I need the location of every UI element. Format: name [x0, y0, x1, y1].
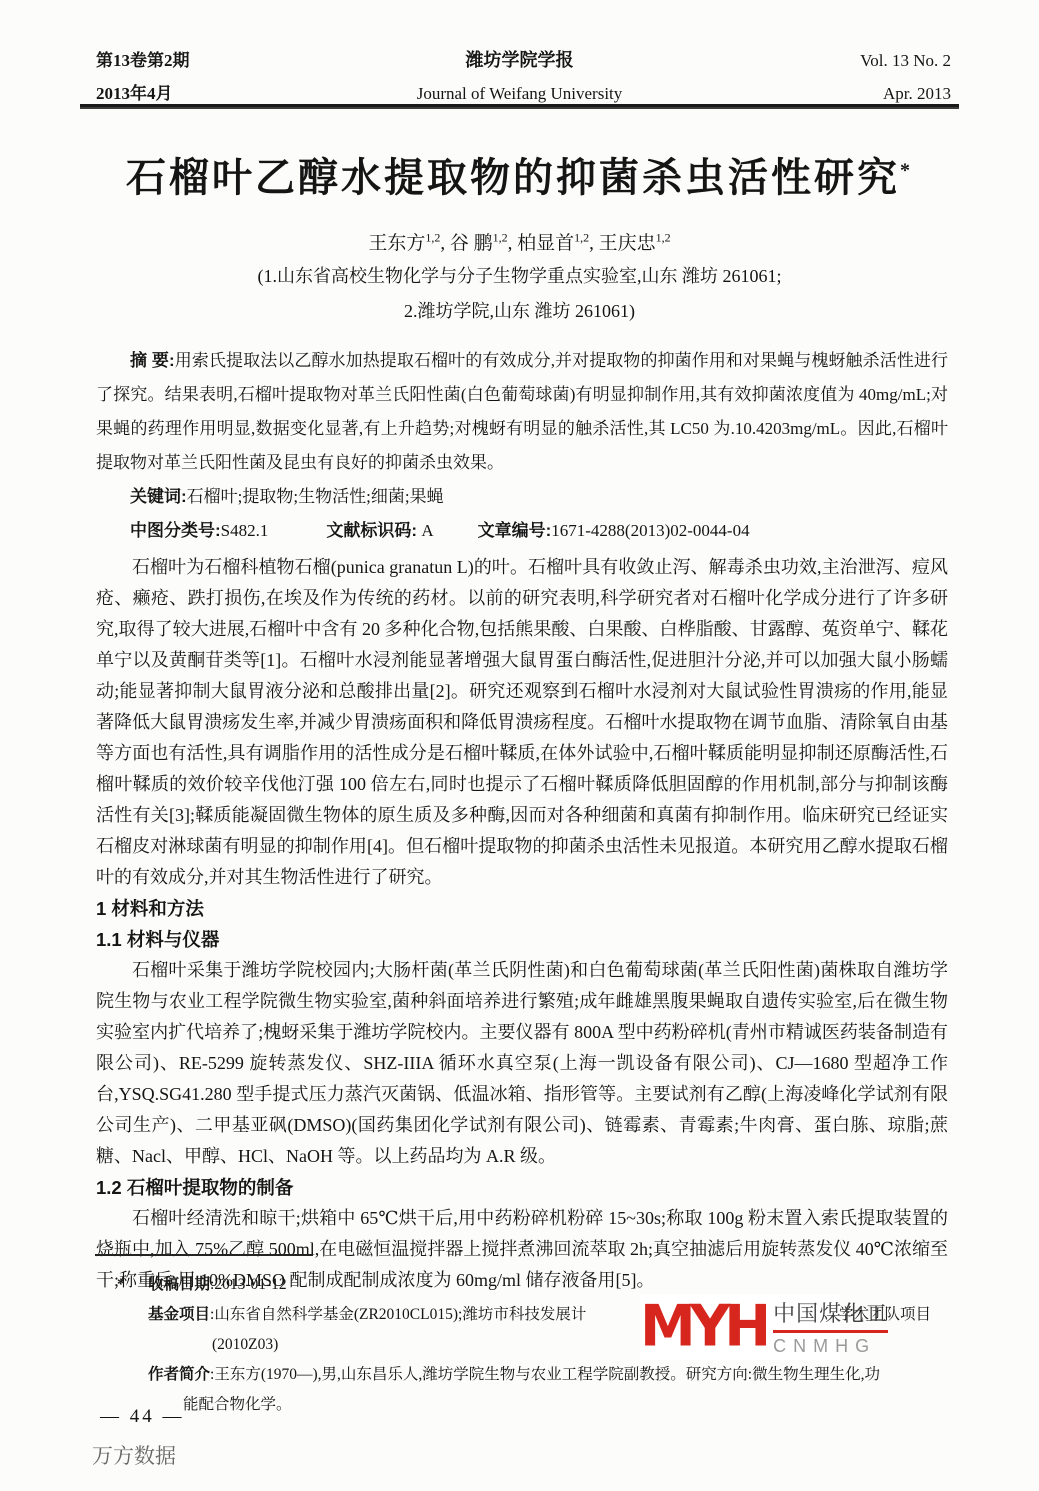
journal-vol-block: Vol. 13 No. 2 Apr. 2013 — [860, 44, 951, 110]
author-sup: 1,2 — [574, 231, 589, 245]
article-body: 石榴叶为石榴科植物石榴(punica granatun L)的叶。石榴叶具有收敛… — [96, 552, 948, 1296]
author-name: 王东方 — [368, 233, 425, 254]
author-separator: , — [440, 233, 445, 254]
section-heading-1-1: 1.1 材料与仪器 — [96, 924, 948, 955]
article-id-label: 文章编号: — [478, 521, 552, 540]
abstract-paragraph: 摘 要:用索氏提取法以乙醇水加热提取石榴叶的有效成分,并对提取物的抑菌作用和对果… — [96, 344, 948, 480]
title-footnote-marker: * — [900, 160, 913, 182]
footnote-bio-line2: 能配合物化学。 — [95, 1390, 957, 1420]
author-separator: , — [508, 233, 513, 254]
footnote-separator — [95, 1254, 313, 1256]
footnote-asterisk: * — [117, 1270, 125, 1300]
bio-label: 作者简介 — [148, 1366, 210, 1383]
footnote-bio: 作者简介:王东方(1970—),男,山东昌乐人,潍坊学院生物与农业工程学院副教授… — [95, 1360, 957, 1390]
page-title: 石榴叶乙醇水提取物的抑菌杀虫活性研究* — [0, 146, 1039, 203]
author-sup: 1,2 — [425, 231, 440, 245]
abstract-block: 摘 要:用索氏提取法以乙醇水加热提取石榴叶的有效成分,并对提取物的抑菌作用和对果… — [96, 344, 948, 548]
keywords-label: 关键词: — [130, 487, 187, 506]
abstract-text: 用索氏提取法以乙醇水加热提取石榴叶的有效成分,并对提取物的抑菌作用和对果蝇与槐蚜… — [96, 351, 948, 472]
section-heading-1-2: 1.2 石榴叶提取物的制备 — [96, 1172, 948, 1203]
abstract-label: 摘 要: — [130, 351, 175, 370]
author-name: 谷 鹏 — [450, 233, 493, 254]
clc-value: S482.1 — [221, 521, 269, 540]
author-name: 柏显首 — [517, 233, 574, 254]
coal-chem-logo-text: 中国煤化工 CNMHG — [773, 1297, 888, 1357]
coal-chem-name-cn: 中国煤化工 — [773, 1297, 888, 1333]
coal-chem-name-en: CNMHG — [773, 1336, 888, 1357]
author-name: 王庆忠 — [599, 233, 656, 254]
doc-code-label: 文献标识码: — [326, 521, 417, 540]
coal-chem-watermark: MYH 中国煤化工 CNMHG — [640, 1294, 840, 1360]
intro-paragraph: 石榴叶为石榴科植物石榴(punica granatun L)的叶。石榴叶具有收敛… — [96, 552, 948, 893]
page-number: — 44 — — [100, 1406, 185, 1428]
fund-label: 基金项目 — [148, 1306, 210, 1323]
fund-text-1: :山东省自然科学基金(ZR2010CL015);潍坊市科技发展计 — [210, 1306, 586, 1323]
title-text: 石榴叶乙醇水提取物的抑菌杀虫活性研究 — [126, 155, 900, 200]
section-heading-1: 1 材料和方法 — [96, 893, 948, 924]
affiliation-2: 2.潍坊学院,山东 潍坊 261061) — [0, 297, 1039, 323]
keywords-line: 关键词:石榴叶;提取物;生物活性;细菌;果蝇 — [96, 480, 948, 514]
author-line: 王东方1,2, 谷 鹏1,2, 柏显首1,2, 王庆忠1,2 — [0, 228, 1039, 255]
clc-label: 中图分类号: — [130, 521, 221, 540]
author-separator: , — [589, 233, 594, 254]
affiliation-1: (1.山东省高校生物化学与分子生物学重点实验室,山东 潍坊 261061; — [0, 262, 1039, 288]
journal-vol-en: Vol. 13 No. 2 — [860, 44, 951, 77]
doc-code-value: A — [417, 521, 434, 540]
materials-paragraph: 石榴叶采集于潍坊学院校园内;大肠杆菌(革兰氏阴性菌)和白色葡萄球菌(革兰氏阳性菌… — [96, 955, 948, 1172]
wanfang-data-watermark: 万方数据 — [92, 1440, 176, 1470]
received-value: :2013-01-12 — [210, 1276, 287, 1293]
received-label: 收稿日期 — [148, 1276, 210, 1293]
keywords-text: 石榴叶;提取物;生物活性;细菌;果蝇 — [187, 487, 444, 506]
coal-chem-logo-icon: MYH — [640, 1298, 765, 1355]
header-rule — [80, 104, 959, 107]
classification-line: 中图分类号:S482.1文献标识码: A文章编号:1671-4288(2013)… — [96, 514, 948, 548]
author-sup: 1,2 — [656, 231, 671, 245]
author-sup: 1,2 — [493, 231, 508, 245]
bio-text-1: :王东方(1970—),男,山东昌乐人,潍坊学院生物与农业工程学院副教授。研究方… — [210, 1366, 880, 1383]
article-id-value: 1671-4288(2013)02-0044-04 — [551, 521, 749, 540]
